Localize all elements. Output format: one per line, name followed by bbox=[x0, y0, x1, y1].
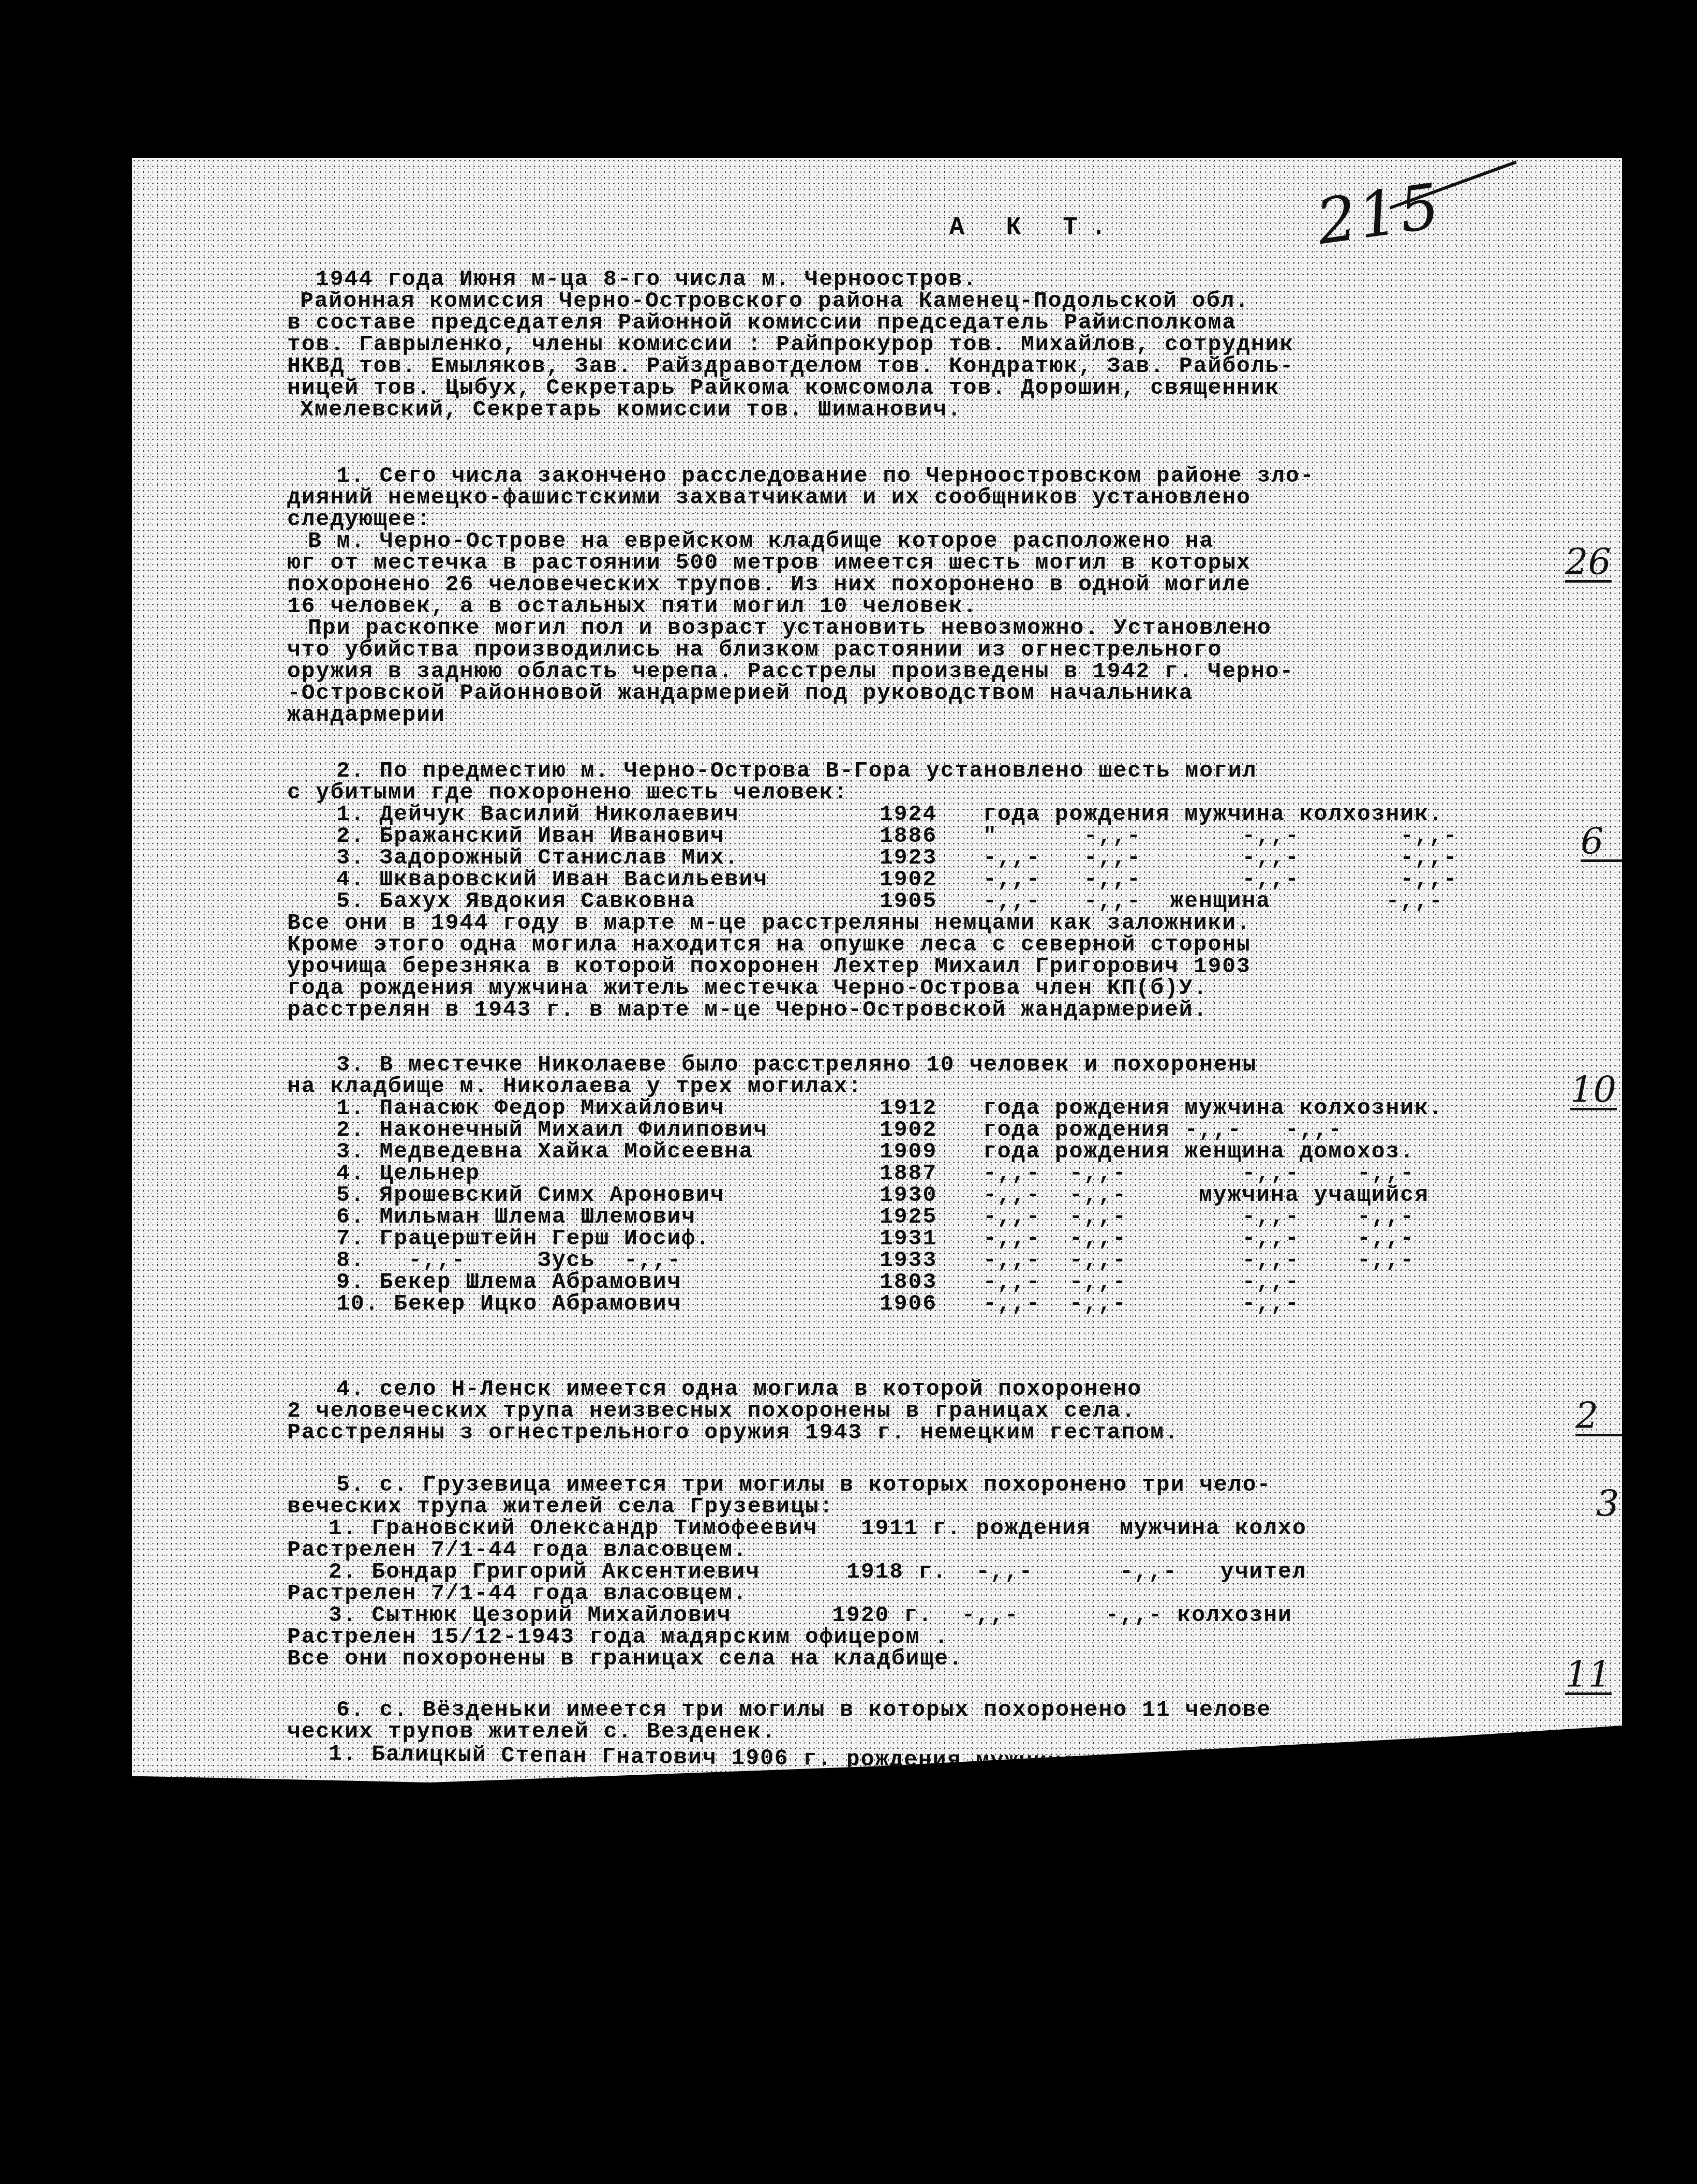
section2-line: с убитыми где похоронено шесть человек: bbox=[287, 782, 848, 803]
section3-line: 3. В местечке Николаеве было расстреляно… bbox=[287, 1054, 1257, 1075]
section3-line: на кладбище м. Николаева у трех могилах: bbox=[287, 1076, 862, 1097]
section5-line: Все они похоронены в границах села на кл… bbox=[287, 1648, 963, 1669]
victim-row: 3. Задорожный Станислав Мих.1923-,,- -,,… bbox=[336, 848, 1458, 868]
margin-count: 3 bbox=[1596, 1482, 1619, 1525]
section1-line: 1. Сего числа закончено расследование по… bbox=[287, 466, 1315, 486]
section1-line: оружия в заднюю область черепа. Расстрел… bbox=[287, 661, 1294, 682]
victim-row: 1. Дейчук Василий Николаевич1924года рож… bbox=[336, 804, 1443, 825]
section6-line: ческих трупов жителей с. Везденек. bbox=[287, 1721, 776, 1742]
intro-line: в составе председателя Районной комиссии… bbox=[287, 313, 1237, 333]
section1-line: жандармерии bbox=[287, 705, 445, 725]
section2-line: расстрелян в 1943 г. в марте м-це Черно-… bbox=[287, 1000, 1208, 1020]
section4-line: 4. село Н-Ленск имеется одна могила в ко… bbox=[287, 1379, 1142, 1400]
section5-line: 3. Сытнюк Цезорий Михайлович 1920 г. -,,… bbox=[287, 1605, 1292, 1626]
section1-line: дияний немецко-фашистскими захватчиками … bbox=[287, 487, 1251, 508]
section5-line: 1. Грановский Олександр Тимофеевич 1911 … bbox=[287, 1518, 1307, 1539]
section5-line: Растрелен 7/1-44 года власовцем. bbox=[287, 1540, 748, 1561]
margin-count: 11 bbox=[1565, 1653, 1612, 1695]
section2-line: Все они в 1944 году в марте м-це расстре… bbox=[287, 913, 1251, 933]
section5-line: 2. Бондар Григорий Аксентиевич 1918 г. -… bbox=[287, 1562, 1307, 1582]
margin-count: 2 bbox=[1575, 1394, 1622, 1436]
section1-line: похоронено 26 человеческих трупов. Из ни… bbox=[287, 574, 1251, 595]
victim-row: 2. Бражанский Иван Иванович1886" -,,- -,… bbox=[336, 826, 1458, 846]
document-page: 215 А К Т. 1944 года Июня м-ца 8-го числ… bbox=[132, 158, 1622, 1782]
section4-line: 2 человеческих трупа неизвесных похороне… bbox=[287, 1401, 1136, 1421]
margin-count: 26 bbox=[1565, 541, 1612, 583]
victim-row: 2. Наконечный Михаил Филипович1902года р… bbox=[336, 1120, 1343, 1140]
section2-line: года рождения мужчина житель местечка Че… bbox=[287, 978, 1208, 999]
section1-line: следующее: bbox=[287, 509, 431, 530]
document-title: А К Т. bbox=[949, 217, 1120, 238]
section1-line: -Островской Районновой жандармерией под … bbox=[287, 683, 1194, 704]
victim-row: 6. Мильман Шлема Шлемович1925-,,- -,,- -… bbox=[336, 1207, 1415, 1227]
section1-line: 16 человек, а в остальных пяти могил 10 … bbox=[287, 596, 978, 617]
document-body: А К Т. 1944 года Июня м-ца 8-го числа м.… bbox=[287, 158, 1612, 1710]
margin-count: 6 bbox=[1581, 820, 1627, 862]
intro-line: НКВД тов. Емыляков, Зав. Райздравотделом… bbox=[287, 356, 1294, 377]
intro-line: тов. Гаврыленко, члены комиссии : Райпро… bbox=[287, 334, 1294, 355]
section5-line: Растрелен 7/1-44 года власовцем. bbox=[287, 1583, 748, 1604]
section5-line: веческих трупа жителей села Грузевицы: bbox=[287, 1496, 834, 1517]
intro-line: Районная комиссия Черно-Островского райо… bbox=[300, 291, 1249, 311]
section4-line: Расстреляны з огнестрельного оружия 1943… bbox=[287, 1422, 1179, 1443]
victim-row: 5. Ярошевский Симх Аронович1930-,,- -,,-… bbox=[336, 1185, 1429, 1206]
section6-line: 6. с. Вёзденьки имеется три могилы в кот… bbox=[287, 1700, 1271, 1720]
section5-line: 5. с. Грузевица имеется три могилы в кот… bbox=[287, 1475, 1271, 1495]
victim-row: 7. Грацерштейн Герш Иосиф.1931-,,- -,,- … bbox=[336, 1228, 1415, 1249]
margin-count: 10 bbox=[1570, 1068, 1617, 1110]
section2-line: Кроме этого одна могила находится на опу… bbox=[287, 934, 1251, 955]
victim-row: 8. -,,- Зусь -,,-1933-,,- -,,- -,,- -,,- bbox=[336, 1250, 1415, 1271]
section2-line: 2. По предместию м. Черно-Острова В-Гора… bbox=[287, 761, 1257, 781]
section1-line: юг от местечка в растоянии 500 метров им… bbox=[287, 553, 1251, 573]
section1-line: В м. Черно-Острове на еврейском кладбище… bbox=[287, 531, 1214, 552]
section6-line: 1. Балицкый Степан Гнатович 1906 г. рожд… bbox=[287, 1743, 1220, 1774]
victim-row: 5. Бахух Явдокия Савковна1905-,,- -,,- ж… bbox=[336, 891, 1443, 912]
intro-line: 1944 года Июня м-ца 8-го числа м. Черноо… bbox=[316, 269, 977, 290]
victim-row: 9. Бекер Шлема Абрамович1803-,,- -,,- -,… bbox=[336, 1272, 1300, 1292]
victim-row: 3. Медведевна Хайка Мойсеевна1909года ро… bbox=[336, 1141, 1415, 1162]
victim-row: 4. Цельнер1887-,,- -,,- -,,- -,,- bbox=[336, 1163, 1415, 1184]
intro-line: ницей тов. Цыбух, Секретарь Райкома комс… bbox=[287, 378, 1280, 398]
intro-line: Хмелевский, Секретарь комиссии тов. Шима… bbox=[300, 399, 962, 420]
section5-line: Растрелен 15/12-1943 года мадярским офиц… bbox=[287, 1627, 949, 1647]
victim-row: 10. Бекер Ицко Абрамович1906-,,- -,,- -,… bbox=[336, 1294, 1300, 1314]
section1-line: При раскопке могил пол и возраст установ… bbox=[287, 618, 1272, 638]
section2-line: урочища березняка в которой похоронен Ле… bbox=[287, 956, 1251, 977]
victim-row: 1. Панасюк Федор Михайлович1912года рожд… bbox=[336, 1098, 1443, 1119]
section1-line: что убийства производились на близком ра… bbox=[287, 640, 1222, 660]
victim-row: 4. Шкваровский Иван Васильевич1902-,,- -… bbox=[336, 869, 1458, 890]
